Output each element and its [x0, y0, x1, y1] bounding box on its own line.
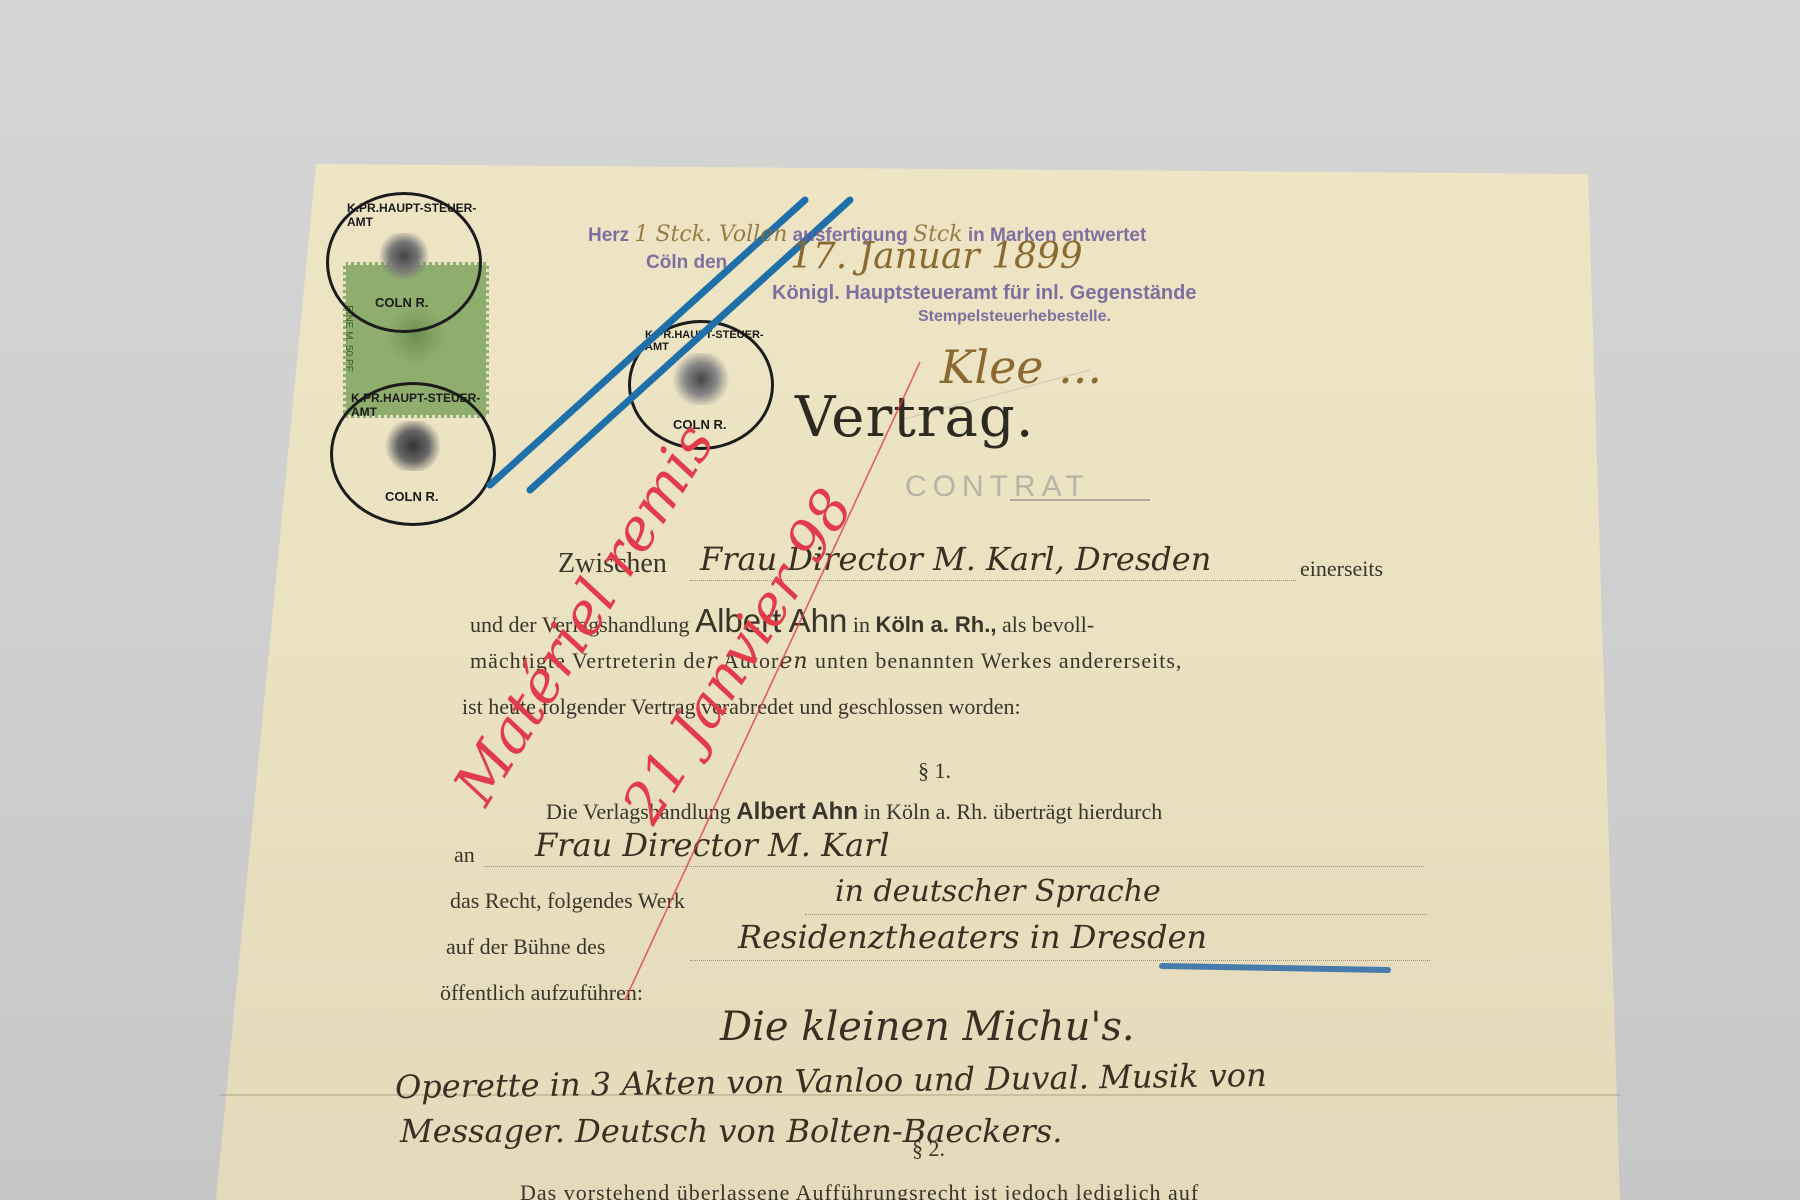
red-pen-stroke — [0, 0, 1800, 1200]
